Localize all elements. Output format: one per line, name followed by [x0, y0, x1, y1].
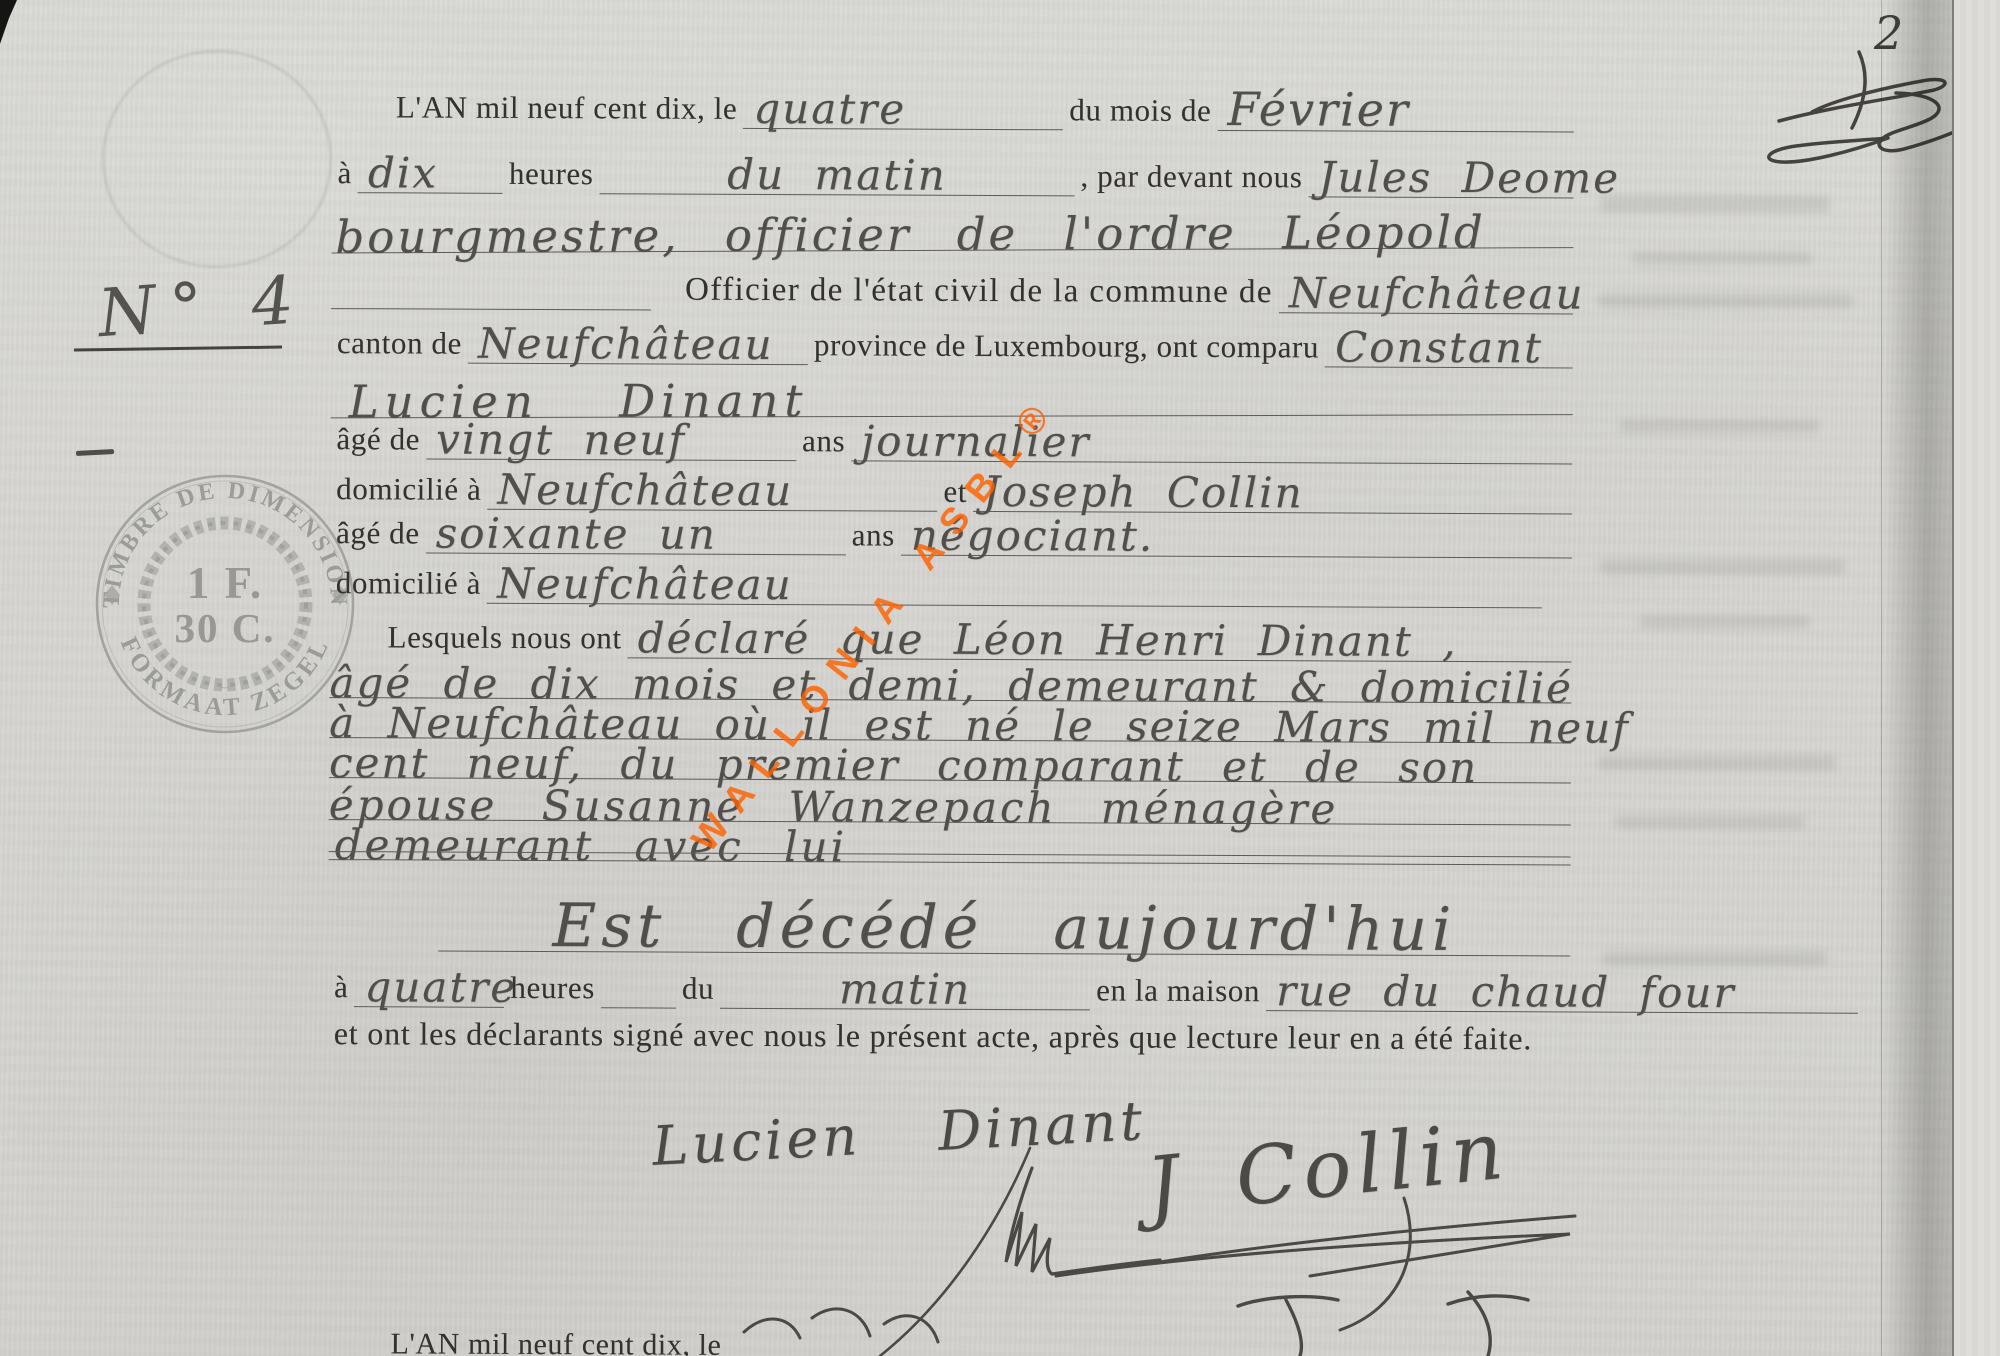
- document-scan: 2 N° 4 TIMBRE DE DIMENSION FORMAAT ZEGEL…: [0, 0, 2000, 1356]
- printed-text: domicilié à: [330, 565, 487, 604]
- handwritten-period: du matin: [727, 154, 947, 198]
- form-line-3: bourgmestre, officier de l'ordre Léopold: [331, 197, 1573, 253]
- printed-text: domicilié à: [330, 471, 487, 510]
- page-binding-shadow: [1881, 0, 1954, 1356]
- form-line-7: âgé de vingt neuf ans journalier: [330, 411, 1572, 464]
- next-act-partial: L'AN mil neuf cent dix, le: [384, 1327, 727, 1356]
- printed-text: heures: [504, 970, 601, 1008]
- handwritten-commune: Neufchâteau: [1289, 272, 1585, 316]
- closing-sentence: et ont les déclarants signé avec nous le…: [328, 1015, 1888, 1059]
- handwritten-officer-name: Jules Deome: [1318, 156, 1620, 200]
- handwritten-day: quatre: [753, 88, 906, 131]
- act-number: N° 4: [96, 261, 311, 352]
- printed-text: heures: [503, 156, 600, 194]
- printed-text: ans: [796, 423, 851, 461]
- handwritten-residing-with: demeurant avec lui: [329, 824, 847, 869]
- form-line-5: canton de Neufchâteau province de Luxemb…: [331, 315, 1573, 368]
- printed-text: âgé de: [330, 421, 426, 459]
- printed-closing-text: et ont les déclarants signé avec nous le…: [328, 1015, 1538, 1058]
- form-line-2: à dix heures du matin , par devant nous …: [332, 145, 1574, 198]
- printed-text: province de Luxembourg, ont comparu: [808, 327, 1325, 367]
- printed-text: à: [332, 155, 359, 193]
- handwritten-canton: Neufchâteau: [478, 323, 774, 367]
- printed-text: du: [676, 971, 720, 1009]
- printed-text: L'AN mil neuf cent dix, le: [390, 89, 744, 129]
- form-line-16: demeurant avec lui: [329, 813, 1571, 865]
- printed-text: du mois de: [1063, 92, 1217, 131]
- printed-text: à: [328, 969, 355, 1007]
- printed-text: canton de: [331, 325, 468, 364]
- handwritten-hour: dix: [368, 152, 438, 195]
- printed-text: L'AN mil neuf cent dix, le: [384, 1327, 727, 1356]
- printed-text: en la maison: [1090, 972, 1266, 1011]
- handwritten-death-place: rue du chaud four: [1276, 970, 1736, 1015]
- page-number: 2: [1874, 6, 1903, 60]
- handwritten-age1: vingt neuf: [436, 419, 686, 463]
- form-line-1: L'AN mil neuf cent dix, le quatre du moi…: [332, 79, 1574, 132]
- handwritten-officer-title: bourgmestre, officier de l'ordre Léopold: [331, 210, 1486, 261]
- form-line-18: à quatre heures du matin en la maison ru…: [328, 955, 1858, 1014]
- printed-text: , par devant nous: [1074, 158, 1308, 197]
- handwritten-month: Février: [1227, 86, 1410, 134]
- handwritten-domicile2: Neufchâteau: [497, 563, 793, 607]
- handwritten-age2: soixante un: [436, 513, 717, 557]
- handwritten-death-hour: quatre: [364, 966, 517, 1009]
- adjacent-page-edge: [1952, 0, 2000, 1356]
- printed-text: ans: [846, 517, 901, 555]
- form-line-17: Est décédé aujourd'hui: [438, 894, 1570, 957]
- form-line-6: Lucien Dinant: [331, 364, 1573, 418]
- handwritten-death-period: matin: [839, 968, 971, 1011]
- printed-text: âgé de: [330, 515, 426, 553]
- form-line-4: Officier de l'état civil de la commune d…: [331, 261, 1573, 314]
- printed-text: Officier de l'état civil de la commune d…: [679, 272, 1279, 314]
- handwritten-death-statement: Est décédé aujourd'hui: [552, 896, 1456, 961]
